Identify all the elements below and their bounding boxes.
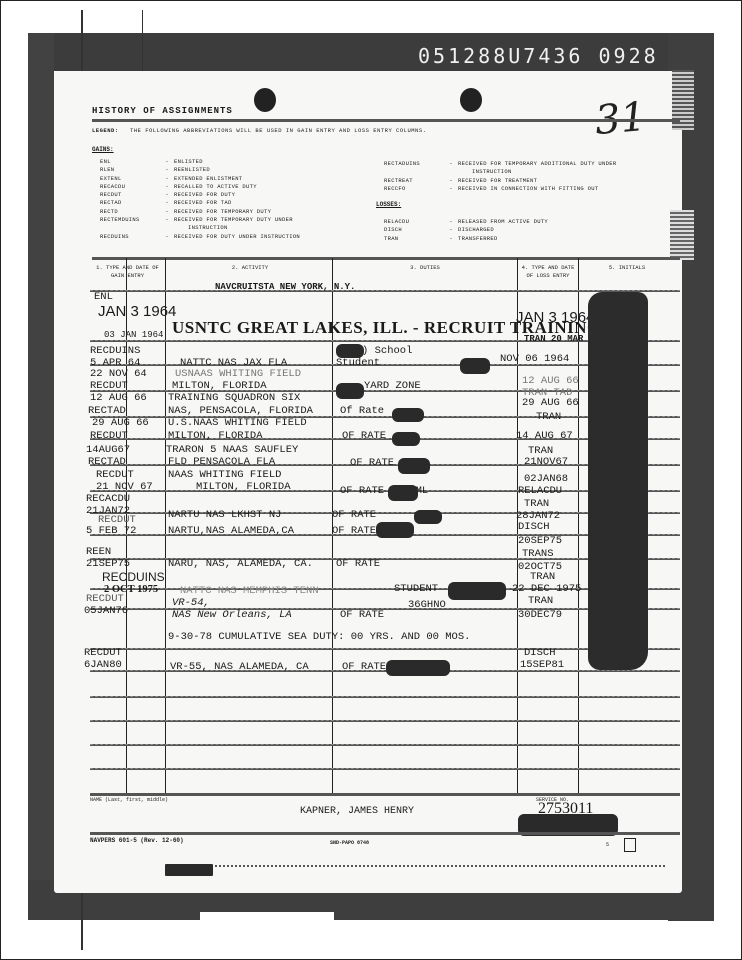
gain-entry: 6JAN80 [84, 660, 122, 671]
legend-row: RECACDU-RECALLED TO ACTIVE DUTY [100, 183, 388, 191]
gain-entry: RECDUINS [102, 572, 165, 583]
punch-hole [254, 88, 276, 112]
gain-entry: 29 AUG 66 [92, 418, 149, 429]
gain-stamp: JAN 3 1964 [98, 306, 176, 317]
legend-row: RECTADUINS-RECEIVED FOR TEMPORARY ADDITI… [384, 160, 672, 168]
redaction [386, 660, 450, 676]
legend-row: INSTRUCTION [100, 224, 388, 232]
legend-row: TRAN-TRANSFERRED [384, 235, 658, 243]
activity-entry: NATTC NAS MEMPHIS TENN [180, 586, 319, 597]
duties-entry: OF RATE [332, 526, 376, 537]
gain-entry: 03 JAN 1964 [104, 330, 163, 341]
column-header-activity: 2. ACTIVITY [180, 264, 320, 272]
duties-entry: OF RATE [342, 431, 386, 442]
activity-entry: TRAINING SQUADRON SIX [168, 393, 300, 404]
gains-heading: GAINS: [92, 146, 114, 153]
legend-row: RECTEMDUINS-RECEIVED FOR TEMPORARY DUTY … [100, 216, 388, 224]
gain-entry: RECDUT [86, 594, 124, 605]
column-divider [165, 258, 166, 793]
redaction [392, 432, 420, 446]
gain-entry: 22 NOV 64 [90, 369, 147, 380]
activity-entry: MILTON, FLORIDA [172, 381, 267, 392]
redaction [414, 510, 442, 524]
legend-row: DISCH-DISCHARGED [384, 226, 658, 234]
loss-entry: 29 AUG 66 [522, 398, 579, 409]
member-name: KAPNER, JAMES HENRY [300, 806, 414, 817]
loss-entry: 15SEP81 [520, 660, 564, 671]
activity-entry: NARTU NAS LKHST NJ [168, 510, 281, 521]
loss-entry: TRAN [528, 596, 553, 607]
loss-entry: DISCH [518, 522, 550, 533]
loss-entry: TRAN [524, 499, 549, 510]
gains-right-list: RECTADUINS-RECEIVED FOR TEMPORARY ADDITI… [384, 160, 672, 193]
duties-entry: STUDENT [394, 584, 438, 595]
footer-rule [90, 832, 680, 835]
loss-entry: 22 DEC 1975 [512, 584, 581, 595]
gain-entry: RECDUT [96, 470, 134, 481]
duties-entry: OF RATE [332, 510, 376, 521]
legend-row: RELACDU-RELEASED FROM ACTIVE DUTY [384, 218, 658, 226]
activity-entry: VR-54, [172, 598, 210, 609]
punch-hole [460, 88, 482, 112]
duties-entry: 36GHNO [408, 600, 446, 611]
perforation-strip [215, 865, 665, 869]
redaction [392, 408, 424, 422]
gain-entry: 5 FEB 72 [86, 526, 136, 537]
service-number: 2753011 [538, 800, 593, 818]
gain-entry: RECDUT [90, 431, 128, 442]
legend-row: RECDUINS-RECEIVED FOR DUTY UNDER INSTRUC… [100, 233, 388, 241]
gain-entry: RECDUT [84, 648, 122, 659]
activity-entry: NAAS WHITING FIELD [168, 470, 281, 481]
activity-entry: VR-55, NAS ALAMEDA, CA [170, 662, 309, 673]
gain-entry: 21SEP75 [86, 559, 130, 570]
duties-entry: OF RATE [350, 458, 394, 469]
loss-entry: NOV 06 1964 [500, 354, 569, 365]
activity-entry: MILTON, FLORIDA [196, 482, 291, 493]
loss-entry: TRAN [530, 572, 555, 583]
losses-heading: LOSSES: [376, 201, 401, 208]
activity-entry: NAS New Orleans, LA [172, 610, 292, 621]
legend-row: ENL-ENLISTED [100, 158, 388, 166]
redaction [398, 458, 430, 474]
duties-entry: OF RATE [342, 662, 386, 673]
microfilm-serial: 051288U7436 0928 [418, 44, 659, 68]
duties-entry: YARD ZONE [364, 381, 421, 392]
edge-strip [670, 210, 694, 260]
gain-entry: RECACDU [86, 494, 130, 505]
activity-entry: NAS, PENSACOLA, FLORIDA [168, 406, 313, 417]
redaction [376, 522, 414, 538]
activity-entry: USNAAS WHITING FIELD [175, 369, 301, 380]
gain-entry: RECDUT [90, 381, 128, 392]
page-number: 5 [606, 842, 609, 848]
gain-entry: ENL [94, 292, 113, 303]
redaction [448, 582, 506, 600]
gain-entry: 05JAN76 [84, 606, 128, 617]
loss-entry: 02JAN68 [524, 474, 568, 485]
loss-entry: 30DEC79 [518, 610, 562, 621]
form-title: HISTORY OF ASSIGNMENTS [92, 106, 233, 116]
activity-entry: FLD PENSACOLA FLA [168, 457, 275, 468]
gain-entry: 12 AUG 66 [90, 393, 147, 404]
name-label: NAME (Last, first, middle) [90, 797, 168, 803]
legend-row: RECDUT-RECEIVED FOR DUTY [100, 191, 388, 199]
redaction [165, 864, 213, 876]
gpo-code: SND-PAPO 8748 [330, 840, 369, 846]
losses-list: RELACDU-RELEASED FROM ACTIVE DUTY DISCH-… [384, 218, 658, 243]
footer-rule [90, 793, 680, 796]
activity-entry: NARU, NAS, ALAMEDA, CA. [168, 559, 313, 570]
loss-entry: DISCH [524, 648, 556, 659]
column-header-loss: 4. TYPE AND DATE OF LOSS ENTRY [520, 264, 576, 280]
legend-row: RLEN-REENLISTED [100, 166, 388, 174]
activity-entry: NAVCRUITSTA NEW YORK, N.Y. [215, 282, 355, 293]
column-header-duties: 3. DUTIES [340, 264, 510, 272]
initials-redaction [588, 292, 648, 670]
gain-entry: RECDUINS [90, 346, 140, 357]
legend-row: RECCFO-RECEIVED IN CONNECTION WITH FITTI… [384, 185, 672, 193]
gain-entry: RECTAD [88, 406, 126, 417]
activity-entry: U.S.NAAS WHITING FIELD [168, 418, 307, 429]
activity-entry: USNTC GREAT LAKES, ILL. - RECRUIT TRAINI… [172, 322, 601, 333]
redaction [460, 358, 490, 374]
legend-row: INSTRUCTION [384, 168, 672, 176]
loss-entry: 14 AUG 67 [516, 431, 573, 442]
legend-row: RECTAD-RECEIVED FOR TAD [100, 199, 388, 207]
loss-entry: TRAN [536, 412, 561, 423]
redaction [336, 344, 364, 358]
loss-entry: RELACDU [518, 486, 562, 497]
duties-entry: Student [336, 358, 380, 369]
title-rule [92, 119, 680, 122]
activity-entry: MILTON, FLORIDA [168, 431, 263, 442]
redaction [336, 383, 364, 399]
legend-label: LEGEND: [92, 127, 119, 134]
column-header-initials: 5. INITIALS [582, 264, 672, 272]
scan-frame-left [28, 33, 54, 883]
loss-entry: TRANS [522, 549, 554, 560]
sea-duty-note: 9-30-78 CUMULATIVE SEA DUTY: 00 YRS. AND… [168, 632, 470, 643]
legend-row: RECTREAT-RECEIVED FOR TREATMENT [384, 177, 672, 185]
column-header-gain: 1. TYPE AND DATE OF GAIN ENTRY [90, 264, 165, 280]
duties-entry: OF RATE [340, 610, 384, 621]
checkbox-icon [624, 838, 636, 852]
legend-text: THE FOLLOWING ABBREVIATIONS WILL BE USED… [130, 127, 426, 134]
legend-row: RECTD-RECEIVED FOR TEMPORARY DUTY [100, 208, 388, 216]
loss-entry: 21NOV67 [524, 457, 568, 468]
loss-entry: 12 AUG 66 [522, 376, 579, 387]
form-id: NAVPERS 601-5 (Rev. 12-60) [90, 837, 184, 844]
duties-entry: OF RATE [336, 559, 380, 570]
gain-entry: RECTAD [88, 457, 126, 468]
gains-list: ENL-ENLISTED RLEN-REENLISTED EXTENL-EXTE… [100, 158, 388, 241]
activity-entry: NARTU,NAS ALAMEDA,CA [168, 526, 294, 537]
legend: LEGEND: THE FOLLOWING ABBREVIATIONS WILL… [92, 127, 426, 134]
duties-entry: ) School [362, 346, 412, 357]
gain-entry: REEN [86, 547, 111, 558]
gain-entry: 21 NOV 67 [96, 482, 153, 493]
redaction [388, 485, 418, 501]
frame-notch [200, 912, 334, 932]
loss-entry: 20SEP75 [518, 536, 562, 547]
duties-entry: Of Rate [340, 406, 384, 417]
activity-entry: TRARON 5 NAAS SAUFLEY [166, 445, 298, 456]
gain-entry: 14AUG67 [86, 445, 130, 456]
legend-row: EXTENL-EXTENDED ENLISTMENT [100, 175, 388, 183]
